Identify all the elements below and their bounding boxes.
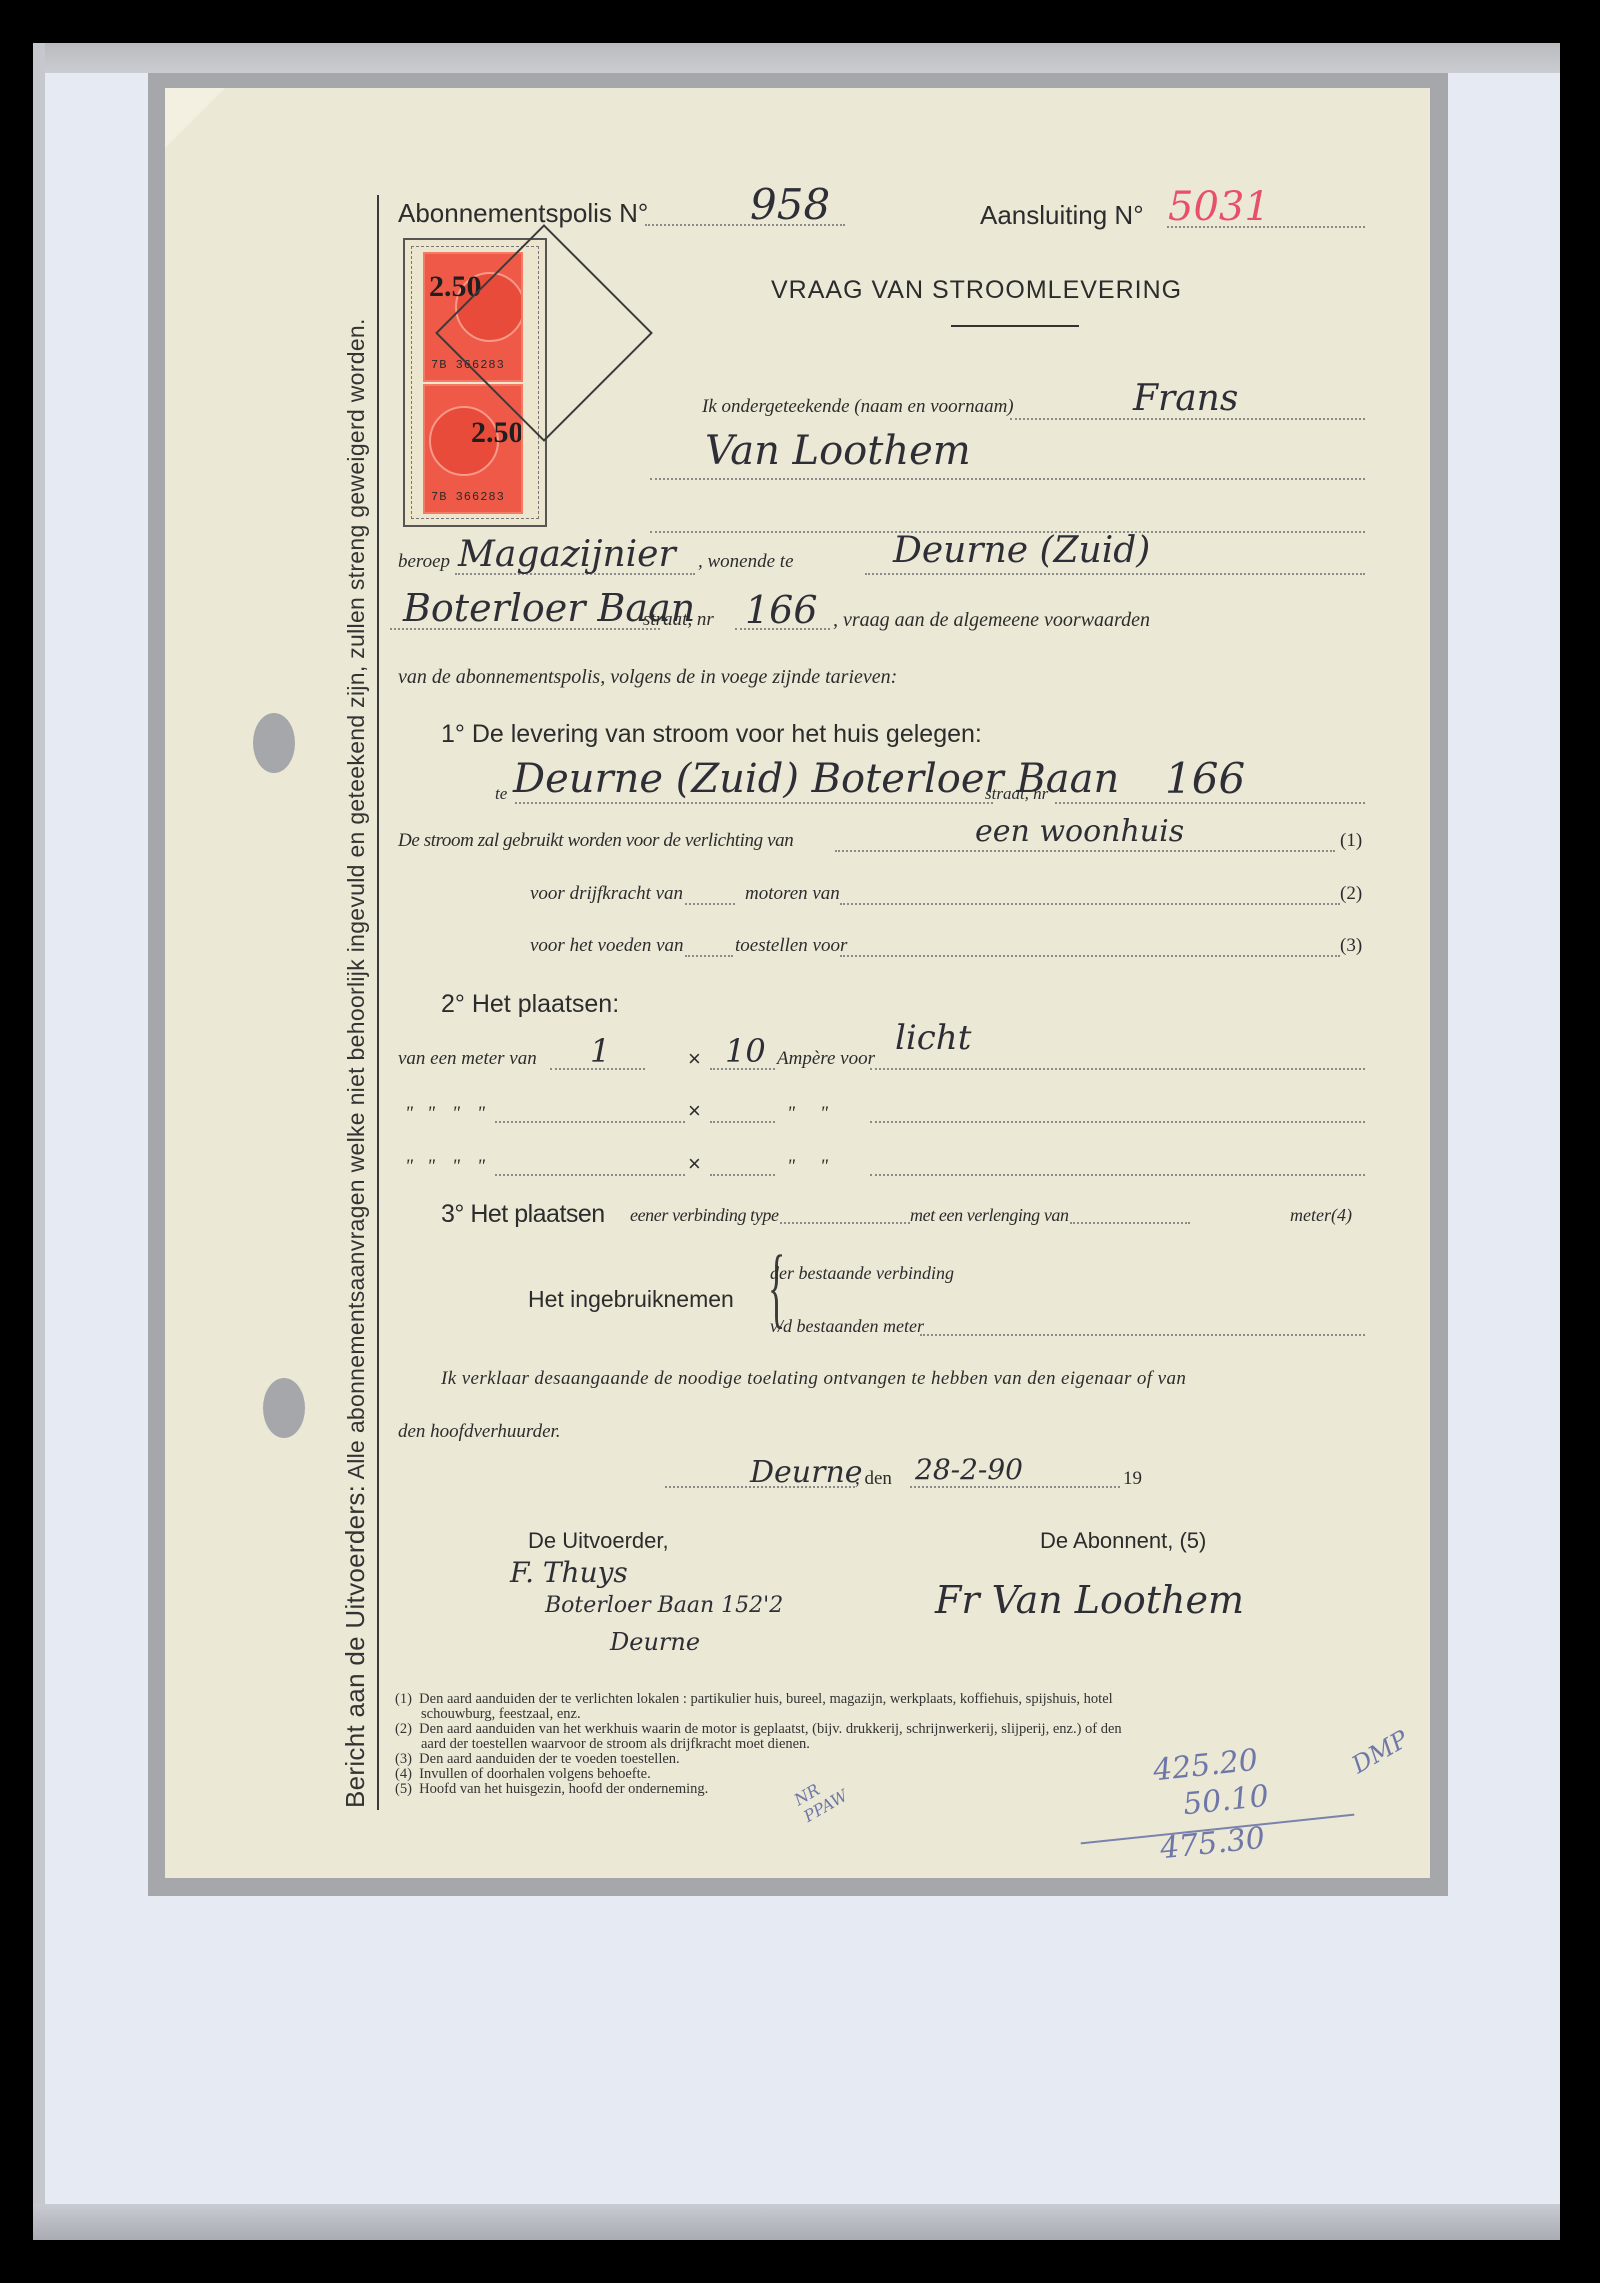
year-prefix: 19 <box>1123 1468 1142 1490</box>
lighting-field-line <box>835 850 1335 852</box>
last-name-value[interactable]: Van Loothem <box>705 428 971 474</box>
ditto-use-line[interactable] <box>870 1121 1365 1123</box>
folded-corner <box>165 88 225 148</box>
usage-option-existing-meter: v/d bestaanden meter <box>770 1316 924 1337</box>
existing-meter-line <box>920 1334 1365 1336</box>
footnote-2: (2) Den aard aanduiden van het werkhuis … <box>395 1722 1385 1737</box>
ditto-use-line[interactable] <box>870 1174 1365 1176</box>
request-text: , vraag aan de algemeene voorwaarden <box>833 609 1150 632</box>
ditto-mark: " <box>477 1103 485 1125</box>
meter-count-value[interactable]: 1 <box>590 1032 610 1070</box>
footnote-1: (1) Den aard aanduiden der te verlichten… <box>395 1692 1385 1707</box>
ditto-amps-line[interactable] <box>710 1121 775 1123</box>
usage-option-existing-connection: der bestaande verbinding <box>770 1263 954 1284</box>
footnote-num: (4) <box>395 1766 412 1782</box>
lighting-label: De stroom zal gebruikt worden voor de ve… <box>398 830 793 852</box>
side-notice: Bericht aan de Uitvoerders: Alle abonnem… <box>340 248 371 1808</box>
te-label: te <box>495 784 507 804</box>
times-sign: × <box>688 1098 701 1124</box>
vertical-rule <box>377 195 379 1810</box>
feed-field-line <box>685 955 733 957</box>
stamp-value: 2.50 <box>471 416 523 450</box>
times-sign: × <box>688 1151 701 1177</box>
meter-amps-value[interactable]: 10 <box>725 1032 766 1070</box>
ditto-mark: " <box>405 1103 413 1125</box>
ditto-mark: " <box>427 1103 435 1125</box>
lighting-value[interactable]: een woonhuis <box>975 814 1184 849</box>
sleeve-top-edge <box>33 43 1560 73</box>
meter-label: van een meter van <box>398 1048 537 1070</box>
feed-ref: (3) <box>1340 935 1362 957</box>
title-underline <box>951 325 1079 327</box>
footnote-text: Invullen of doorhalen volgens behoefte. <box>419 1766 651 1782</box>
name-field-line-2 <box>650 478 1365 480</box>
ditto-mark: " <box>452 1103 460 1125</box>
side-notice-text: Alle abonnementsaanvragen welke niet beh… <box>343 318 369 1479</box>
motors-label: motoren van <box>745 883 840 905</box>
footnote-text: Den aard aanduiden van het werkhuis waar… <box>419 1721 1122 1737</box>
ampere-use-value[interactable]: licht <box>895 1018 971 1058</box>
footnote-text: Den aard aanduiden der te voeden toestel… <box>419 1751 679 1767</box>
extension-label: met een verlenging van <box>910 1205 1069 1226</box>
punch-hole-bottom <box>263 1378 305 1438</box>
ditto-mark: " <box>477 1156 485 1178</box>
footnote-text: Hoofd van het huisgezin, hoofd der onder… <box>419 1781 708 1797</box>
power-ref: (2) <box>1340 883 1362 905</box>
times-sign: × <box>688 1046 701 1072</box>
subscriber-label: De Abonnent, (5) <box>1040 1528 1206 1554</box>
executor-town: Deurne <box>610 1628 700 1656</box>
punch-hole-top <box>253 713 295 773</box>
feed-label: voor het voeden van <box>530 935 684 957</box>
ditto-mark: " <box>787 1103 795 1125</box>
power-field-line <box>685 903 735 905</box>
stamp-serial: 7B 366283 <box>431 490 505 504</box>
declaration-line-1: Ik verklaar desaangaande de noodige toel… <box>441 1368 1186 1390</box>
footnote-1-cont: schouwburg, feestzaal, enz. <box>395 1707 1385 1722</box>
ditto-mark: " <box>427 1156 435 1178</box>
executor-address: Boterloer Baan 152'2 <box>545 1593 783 1618</box>
declaration-line-2: den hoofdverhuurder. <box>398 1421 561 1443</box>
ampere-label: Ampère voor <box>777 1048 875 1070</box>
ditto-mark: " <box>405 1156 413 1178</box>
residence-value[interactable]: Deurne (Zuid) <box>893 530 1150 571</box>
policy-label: Abonnementspolis N° <box>398 198 648 229</box>
lighting-ref: (1) <box>1340 830 1362 852</box>
policy-number[interactable]: 958 <box>750 180 830 229</box>
ampere-use-line <box>870 1068 1365 1070</box>
number-value[interactable]: 166 <box>745 588 818 632</box>
executor-signature[interactable]: F. Thuys <box>510 1556 628 1589</box>
location-number-value[interactable]: 166 <box>1165 754 1245 803</box>
footnote-num: (2) <box>395 1721 412 1737</box>
ditto-mark: " <box>820 1103 828 1125</box>
place-value[interactable]: Deurne <box>750 1455 863 1490</box>
street-label: straat, nr <box>643 609 714 631</box>
section3-heading: 3° Het plaatsen <box>441 1200 605 1229</box>
residence-label: , wonende te <box>698 551 794 573</box>
motors-field-line <box>840 903 1340 905</box>
ditto-mark: " <box>787 1156 795 1178</box>
footnote-text: Den aard aanduiden der te verlichten lok… <box>419 1691 1113 1707</box>
ditto-amps-line[interactable] <box>710 1174 775 1176</box>
side-notice-heading: Bericht aan de Uitvoerders: <box>340 1485 370 1808</box>
pencil-sum-total: 475.30 <box>1158 1821 1266 1867</box>
ditto-mark: " <box>452 1156 460 1178</box>
date-value[interactable]: 28-2-90 <box>915 1453 1023 1486</box>
location-field-line <box>515 802 993 804</box>
section2-heading: 2° Het plaatsen: <box>441 990 619 1019</box>
connection-type-label: eener verbinding type <box>630 1205 779 1226</box>
den-label: , den <box>855 1468 892 1490</box>
profession-label: beroep <box>398 551 450 573</box>
usage-label: Het ingebruiknemen <box>528 1286 734 1313</box>
footnote-num: (1) <box>395 1691 412 1707</box>
sleeve-left-edge <box>33 43 45 2240</box>
document-page: Bericht aan de Uitvoerders: Alle abonnem… <box>165 88 1430 1878</box>
tariff-text: van de abonnementspolis, volgens de in v… <box>398 666 897 689</box>
devices-label: toestellen voor <box>735 935 847 957</box>
first-name-value[interactable]: Frans <box>1133 378 1238 419</box>
devices-field-line <box>840 955 1340 957</box>
ditto-mark: " <box>820 1156 828 1178</box>
footnote-num: (3) <box>395 1751 412 1767</box>
power-label: voor drijfkracht van <box>530 883 683 905</box>
residence-field-line <box>865 573 1365 575</box>
footnote-num: (5) <box>395 1781 412 1797</box>
executor-label: De Uitvoerder, <box>528 1528 669 1554</box>
date-field-line <box>910 1486 1120 1488</box>
section1-heading: 1° De levering van stroom voor het huis … <box>441 720 982 749</box>
sleeve-bottom-edge <box>33 2204 1560 2240</box>
name-label: Ik ondergeteekende (naam en voornaam) <box>702 396 1014 418</box>
connection-label: Aansluiting N° <box>980 200 1144 231</box>
connection-type-line <box>780 1222 910 1224</box>
subscriber-signature[interactable]: Fr Van Loothem <box>935 1578 1244 1622</box>
connection-number[interactable]: 5031 <box>1168 184 1270 230</box>
ditto-count-line[interactable] <box>495 1174 685 1176</box>
ditto-count-line[interactable] <box>495 1121 685 1123</box>
location-street-label: straat, nr <box>985 784 1048 804</box>
extension-meter-label: meter(4) <box>1290 1205 1352 1226</box>
pencil-sum-line-2: 50.10 <box>1181 1779 1270 1823</box>
form-title: VRAAG VAN STROOMLEVERING <box>771 276 1182 305</box>
profession-value[interactable]: Magazijnier <box>458 534 676 575</box>
extension-line <box>1070 1222 1190 1224</box>
